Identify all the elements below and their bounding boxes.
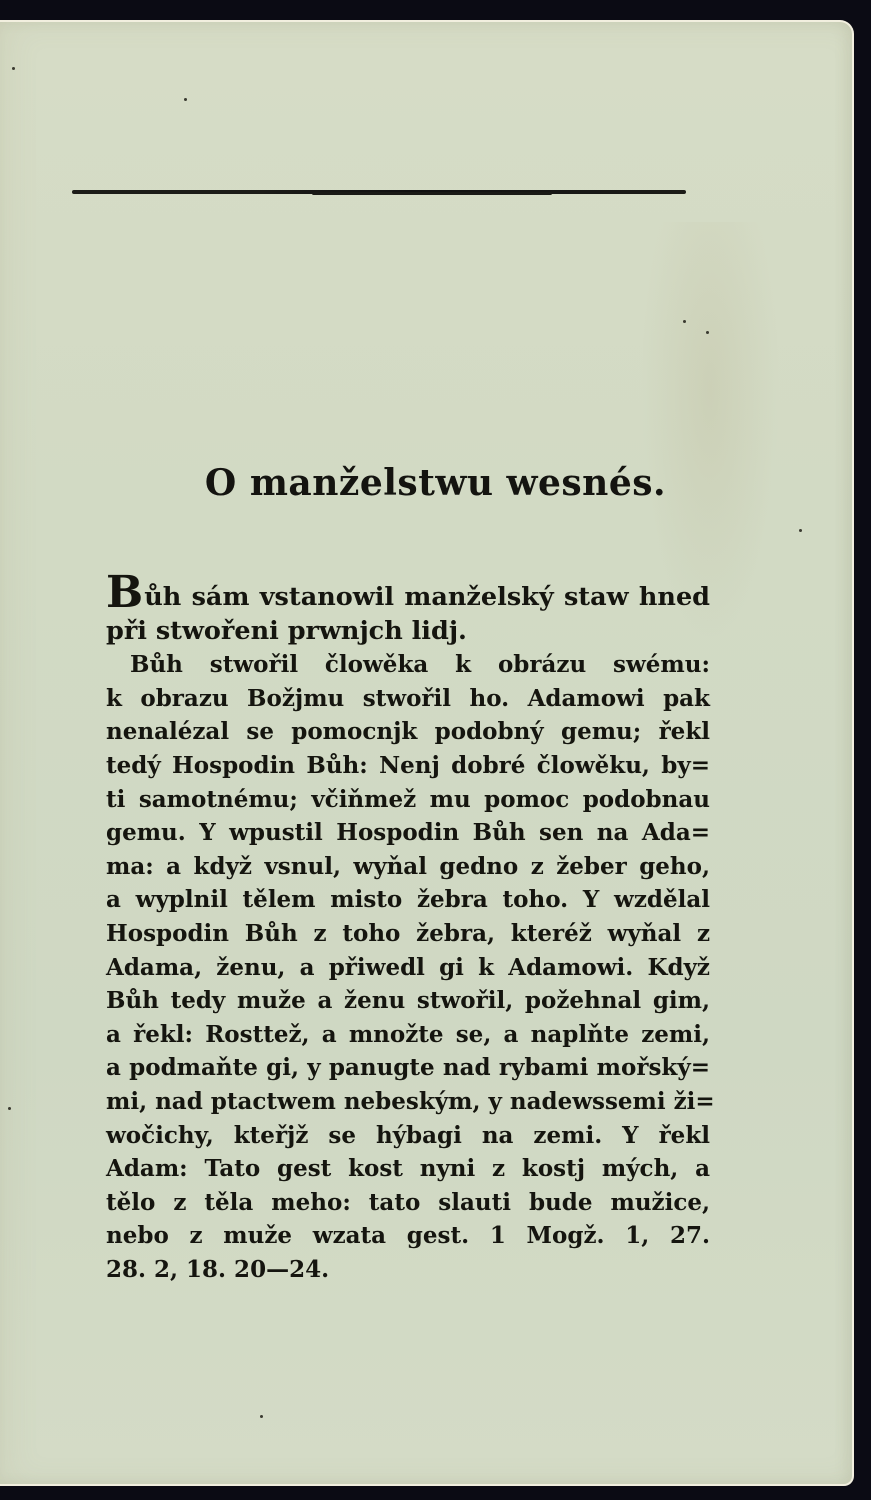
paper-speck [12, 67, 15, 70]
text-line-13: Bůh tedy muže a ženu stwořil, požehnal g… [106, 984, 710, 1018]
text-line-1-content: ůh sám vstanowil manželský staw hned [144, 582, 710, 612]
text-line-15: a podmaňte gi, y panugte nad rybami mořs… [106, 1051, 710, 1085]
text-line-6: tedý Hospodin Bůh: Nenj dobré člowěku, b… [106, 749, 710, 783]
paper-speck [799, 529, 802, 532]
body-text: Bůh sám vstanowil manželský staw hned př… [106, 578, 710, 1286]
text-line-19: tělo z těla meho: tato slauti bude mužic… [106, 1186, 710, 1220]
text-line-10: a wyplnil tělem misto žebra toho. Y wzdě… [106, 883, 710, 917]
text-line-12: Adama, ženu, a přiwedl gi k Adamowi. Kdy… [106, 951, 710, 985]
text-line-9: ma: a když vsnul, wyňal gedno z žeber ge… [106, 850, 710, 884]
chapter-title: O manželstwu wesnés. [0, 462, 871, 504]
paper-speck [8, 1107, 11, 1110]
text-line-2: při stwořeni prwnjch lidj. [106, 615, 710, 649]
paper-speck [683, 320, 686, 323]
text-line-16: mi, nad ptactwem nebeským, y nadewssemi … [106, 1085, 710, 1119]
text-line-17: wočichy, kteřjž se hýbagi na zemi. Y řek… [106, 1119, 710, 1153]
paper-speck [184, 98, 187, 101]
text-line-14: a řekl: Rosttež, a množte se, a naplňte … [106, 1018, 710, 1052]
text-line-7: ti samotnému; včiňmež mu pomoc podobnau [106, 783, 710, 817]
paper-speck [260, 1415, 263, 1418]
text-line-18: Adam: Tato gest kost nyni z kostj mých, … [106, 1152, 710, 1186]
text-line-21: 28. 2, 18. 20—24. [106, 1253, 710, 1287]
drop-cap: B [106, 567, 143, 618]
ornamental-rule [72, 190, 686, 194]
text-line-8: gemu. Y wpustil Hospodin Bůh sen na Ada= [106, 816, 710, 850]
text-line-3: Bůh stwořil člowěka k obrázu swému: [106, 648, 710, 682]
text-line-1: Bůh sám vstanowil manželský staw hned [106, 578, 710, 615]
paper-speck [706, 331, 709, 334]
text-line-11: Hospodin Bůh z toho žebra, kteréž wyňal … [106, 917, 710, 951]
scanned-page-view: O manželstwu wesnés. Bůh sám vstanowil m… [0, 0, 871, 1500]
text-line-4: k obrazu Božjmu stwořil ho. Adamowi pak [106, 682, 710, 716]
text-line-5: nenalézal se pomocnjk podobný gemu; řekl [106, 715, 710, 749]
text-line-20: nebo z muže wzata gest. 1 Mogž. 1, 27. [106, 1219, 710, 1253]
